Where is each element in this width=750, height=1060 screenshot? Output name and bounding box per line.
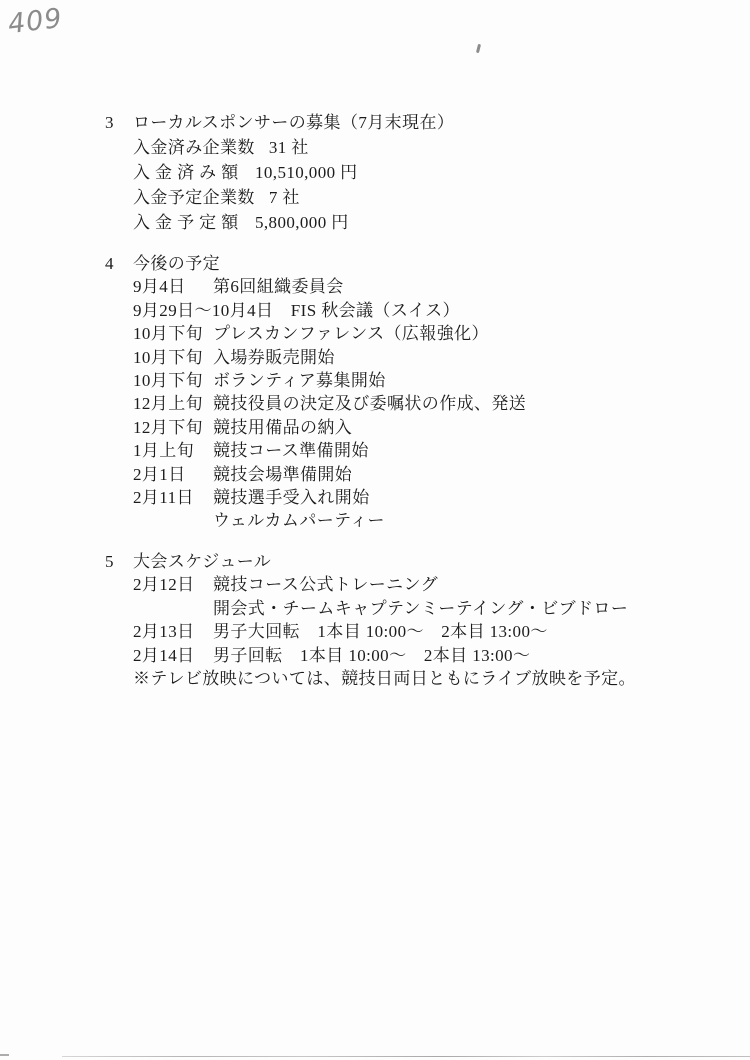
section: 3ローカルスポンサーの募集（7月末現在）入金済み企業数31 社入 金 済 み 額… <box>105 110 730 235</box>
line-text: 9月29日～10月4日 FIS 秋会議（スイス） <box>133 299 460 322</box>
line-date: 12月下旬 <box>133 416 213 439</box>
note-line: ※テレビ放映については、競技日両日ともにライブ放映を予定。 <box>133 667 730 690</box>
section-number: 5 <box>105 550 133 573</box>
line-value: 5,800,000 円 <box>255 210 349 235</box>
line-text: 競技会場準備開始 <box>213 463 352 486</box>
line-text: プレスカンファレンス（広報強化） <box>213 322 489 345</box>
schedule-line: 10月下旬プレスカンファレンス（広報強化） <box>133 322 730 345</box>
section-number: 3 <box>105 110 133 135</box>
section-title: 大会スケジュール <box>133 550 271 573</box>
line-date: 2月13日 <box>133 620 213 643</box>
line-value: 10,510,000 円 <box>255 160 358 185</box>
line-date: 10月下旬 <box>133 369 213 392</box>
amount-line: 入 金 済 み 額10,510,000 円 <box>133 160 730 185</box>
line-date: 1月上旬 <box>133 439 213 462</box>
schedule-line: 10月下旬入場券販売開始 <box>133 346 730 369</box>
line-date: 2月1日 <box>133 463 213 486</box>
scan-artifact-edge-mark <box>0 1054 9 1056</box>
line-text: 男子大回転 1本目 10:00～ 2本目 13:00～ <box>213 620 548 643</box>
line-text: 競技選手受入れ開始 <box>213 486 370 509</box>
line-label: 入 金 予 定 額 <box>133 210 241 235</box>
section-lines: 入金済み企業数31 社入 金 済 み 額10,510,000 円入金予定企業数7… <box>133 135 730 235</box>
scan-artifact-bottom-line <box>62 1056 750 1057</box>
schedule-line: 9月29日～10月4日 FIS 秋会議（スイス） <box>133 299 730 322</box>
ink-speck <box>476 44 481 53</box>
line-text: 競技コース公式トレーニング <box>213 573 438 596</box>
line-date: 9月4日 <box>133 275 213 298</box>
amount-line: 入金予定企業数7 社 <box>133 185 730 210</box>
line-date: 2月14日 <box>133 644 213 667</box>
line-text: 競技役員の決定及び委嘱状の作成、発送 <box>213 392 526 415</box>
schedule-line: 開会式・チームキャプテンミーテイング・ビブドロー <box>133 597 730 620</box>
schedule-line: 9月4日第6回組織委員会 <box>133 275 730 298</box>
scanned-document-page: 409 3ローカルスポンサーの募集（7月末現在）入金済み企業数31 社入 金 済… <box>0 0 750 1060</box>
section-heading: 4今後の予定 <box>105 252 730 275</box>
section-lines: 9月4日第6回組織委員会9月29日～10月4日 FIS 秋会議（スイス）10月下… <box>133 275 730 532</box>
schedule-line: 10月下旬ボランティア募集開始 <box>133 369 730 392</box>
schedule-line: 12月上旬競技役員の決定及び委嘱状の作成、発送 <box>133 392 730 415</box>
line-date: 2月11日 <box>133 486 213 509</box>
line-text: 競技用備品の納入 <box>213 416 352 439</box>
section-heading: 5大会スケジュール <box>105 550 730 573</box>
line-text: 第6回組織委員会 <box>213 275 344 298</box>
section: 4今後の予定9月4日第6回組織委員会9月29日～10月4日 FIS 秋会議（スイ… <box>105 252 730 533</box>
line-date: 10月下旬 <box>133 346 213 369</box>
section: 5大会スケジュール2月12日競技コース公式トレーニング開会式・チームキャプテンミ… <box>105 550 730 690</box>
line-text: 開会式・チームキャプテンミーテイング・ビブドロー <box>213 597 628 620</box>
section-heading: 3ローカルスポンサーの募集（7月末現在） <box>105 110 730 135</box>
line-text: ウェルカムパーティー <box>213 509 385 532</box>
schedule-line: 12月下旬競技用備品の納入 <box>133 416 730 439</box>
line-value: 7 社 <box>269 185 300 210</box>
schedule-line: 2月11日競技選手受入れ開始 <box>133 486 730 509</box>
handwritten-page-number: 409 <box>6 3 64 40</box>
schedule-line: 1月上旬競技コース準備開始 <box>133 439 730 462</box>
document-body: 3ローカルスポンサーの募集（7月末現在）入金済み企業数31 社入 金 済 み 額… <box>105 110 730 690</box>
line-text: 入場券販売開始 <box>213 346 335 369</box>
amount-line: 入 金 予 定 額5,800,000 円 <box>133 210 730 235</box>
section-number: 4 <box>105 252 133 275</box>
line-date: 12月上旬 <box>133 392 213 415</box>
schedule-line: 2月12日競技コース公式トレーニング <box>133 573 730 596</box>
line-label: 入金済み企業数 <box>133 135 255 160</box>
schedule-line: 2月1日競技会場準備開始 <box>133 463 730 486</box>
section-title: 今後の予定 <box>133 252 220 275</box>
schedule-line: 2月13日男子大回転 1本目 10:00～ 2本目 13:00～ <box>133 620 730 643</box>
line-text: ボランティア募集開始 <box>213 369 386 392</box>
schedule-line: 2月14日男子回転 1本目 10:00～ 2本目 13:00～ <box>133 644 730 667</box>
line-label: 入 金 済 み 額 <box>133 160 241 185</box>
line-date: 10月下旬 <box>133 322 213 345</box>
line-date: 2月12日 <box>133 573 213 596</box>
line-value: 31 社 <box>269 135 309 160</box>
section-title: ローカルスポンサーの募集（7月末現在） <box>133 110 454 135</box>
amount-line: 入金済み企業数31 社 <box>133 135 730 160</box>
line-label: 入金予定企業数 <box>133 185 255 210</box>
line-text: 競技コース準備開始 <box>213 439 369 462</box>
section-lines: 2月12日競技コース公式トレーニング開会式・チームキャプテンミーテイング・ビブド… <box>133 573 730 690</box>
line-text: 男子回転 1本目 10:00～ 2本目 13:00～ <box>213 644 530 667</box>
schedule-line: ウェルカムパーティー <box>133 509 730 532</box>
line-text: ※テレビ放映については、競技日両日ともにライブ放映を予定。 <box>133 667 636 690</box>
